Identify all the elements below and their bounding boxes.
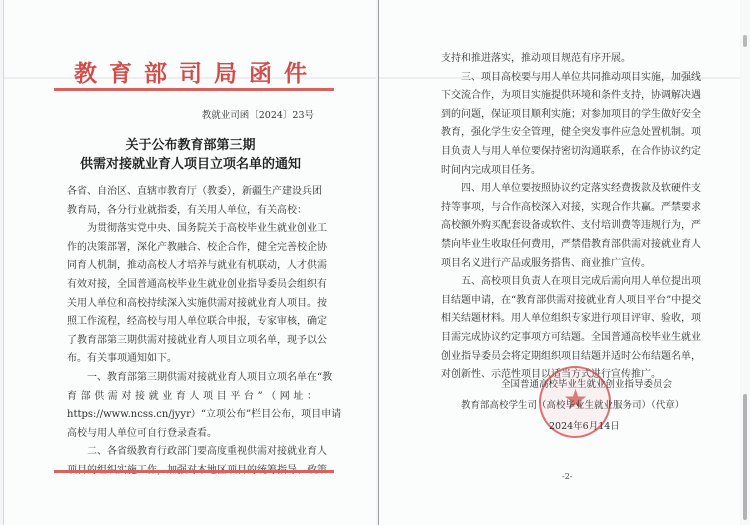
body-line: 创业指导委员会将定期组织项目结题并适时公布结题名单，	[441, 348, 691, 367]
letterhead-rule-top	[54, 88, 334, 91]
body-line: 目结题申请，在“教育部供需对接就业育人项目平台”中提交	[441, 292, 691, 311]
scroll-thumb-top[interactable]	[743, 35, 747, 47]
document-page-left: 教育部司局函件 教就业司函〔2024〕23号 关于公布教育部第三期 供需对接就业…	[3, 0, 376, 525]
scroll-thumb[interactable]	[743, 394, 747, 520]
body-line: 同育人机制，推动高校人才培养与就业有机联动，人才供需	[67, 257, 317, 276]
body-line: 为贯彻落实党中央、国务院关于高校毕业生就业创业工	[67, 220, 317, 239]
body-line: 了教育部第三期供需对接就业育人项目立项名单，现予以公	[67, 332, 317, 351]
notice-body-right: 支持和推进落实，推动项目规范有序开展。 三、项目高校要与用人单位共同推动项目实施…	[441, 50, 691, 385]
body-line: https://www.ncss.cn/jyyr）“立项公布”栏目公布，项目申请	[67, 406, 317, 425]
document-number: 教就业司函〔2024〕23号	[202, 107, 314, 121]
body-line: 时间内完成项目任务。	[441, 162, 691, 181]
body-line: 高校额外购买配套设备或软件、支付培训费等违规行为，严	[441, 217, 691, 236]
body-line: 项目名义进行产品或服务搭售、商业推广宣传。	[441, 255, 691, 274]
document-page-right: 支持和推进落实，推动项目规范有序开展。 三、项目高校要与用人单位共同推动项目实施…	[378, 0, 740, 525]
body-line: 关用人单位和高校持续深入实施供需对接就业育人项目。按	[67, 295, 317, 314]
body-line: 到的问题，保证项目顺利实施；对参加项目的学生做好安全	[441, 106, 691, 125]
signature-committee: 全国普通高校毕业生就业创业指导委员会	[501, 376, 672, 390]
body-line: 三、项目高校要与用人单位共同推动项目实施，加强线	[441, 69, 691, 88]
body-line: 作的决策部署，深化产教融合、校企合作，健全完善校企协	[67, 239, 317, 258]
body-line: 教育，强化学生安全管理，健全突发事件应急处置机制。项	[441, 124, 691, 143]
body-line: 下交流合作，为项目实施提供环境和条件支持，协调解决遇	[441, 87, 691, 106]
notice-title-line-1: 关于公布教育部第三期	[4, 134, 377, 153]
body-line: 目需完成协议约定事项方可结题。全国普通高校毕业生就业	[441, 329, 691, 348]
vertical-scrollbar[interactable]	[741, 0, 750, 525]
body-line: 目负责人与用人单位要保持密切沟通联系，在合作协议约定	[441, 143, 691, 162]
body-line: 各省、自治区、直辖市教育厅（教委），新疆生产建设兵团	[67, 183, 317, 202]
body-line: 相关结题材料。用人单位组织专家进行项目评审、验收，项	[441, 310, 691, 329]
body-line: 禁向毕业生收取任何费用，严禁借教育部供需对接就业育人	[441, 236, 691, 255]
body-line: 育部供需对接就业育人项目平台”（网址：	[67, 388, 317, 407]
body-line: 四、用人单位要按照协议约定落实经费拨款及软硬件支	[441, 180, 691, 199]
letterhead-title: 教育部司局函件	[74, 55, 319, 88]
letterhead-rule-bottom	[54, 470, 334, 473]
page-number: -2-	[562, 472, 573, 481]
body-line: 支持和推进落实，推动项目规范有序开展。	[441, 50, 691, 69]
notice-body-left: 各省、自治区、直辖市教育厅（教委），新疆生产建设兵团 教育局，各分行业就指委，有…	[67, 183, 317, 481]
body-line: 有效对接，全国普通高校毕业生就业创业指导委员会组织有	[67, 276, 317, 295]
body-line: 五、高校项目负责人在项目完成后需向用人单位提出项	[441, 273, 691, 292]
body-line: 持等事项，与合作高校深入对接，实现合作共赢。严禁要求	[441, 199, 691, 218]
body-line: 一、教育部第三期供需对接就业育人项目立项名单在“教	[67, 369, 317, 388]
signature-department: 教育部高校学生司（高校毕业生就业服务司）（代章）	[461, 397, 684, 411]
signature-date: 2024年6月14日	[549, 418, 620, 432]
body-line: 高校与用人单位可自行登录查看。	[67, 425, 317, 444]
body-line: 教育局，各分行业就指委，有关用人单位，有关高校：	[67, 202, 317, 221]
body-line: 布。有关事项通知如下。	[67, 350, 317, 369]
notice-title-line-2: 供需对接就业育人项目立项名单的通知	[4, 153, 377, 172]
body-line: 二、各省级教育行政部门要高度重视供需对接就业育人	[67, 443, 317, 462]
body-line: 照工作流程，经高校与用人单位联合申报，专家审核，确定	[67, 313, 317, 332]
